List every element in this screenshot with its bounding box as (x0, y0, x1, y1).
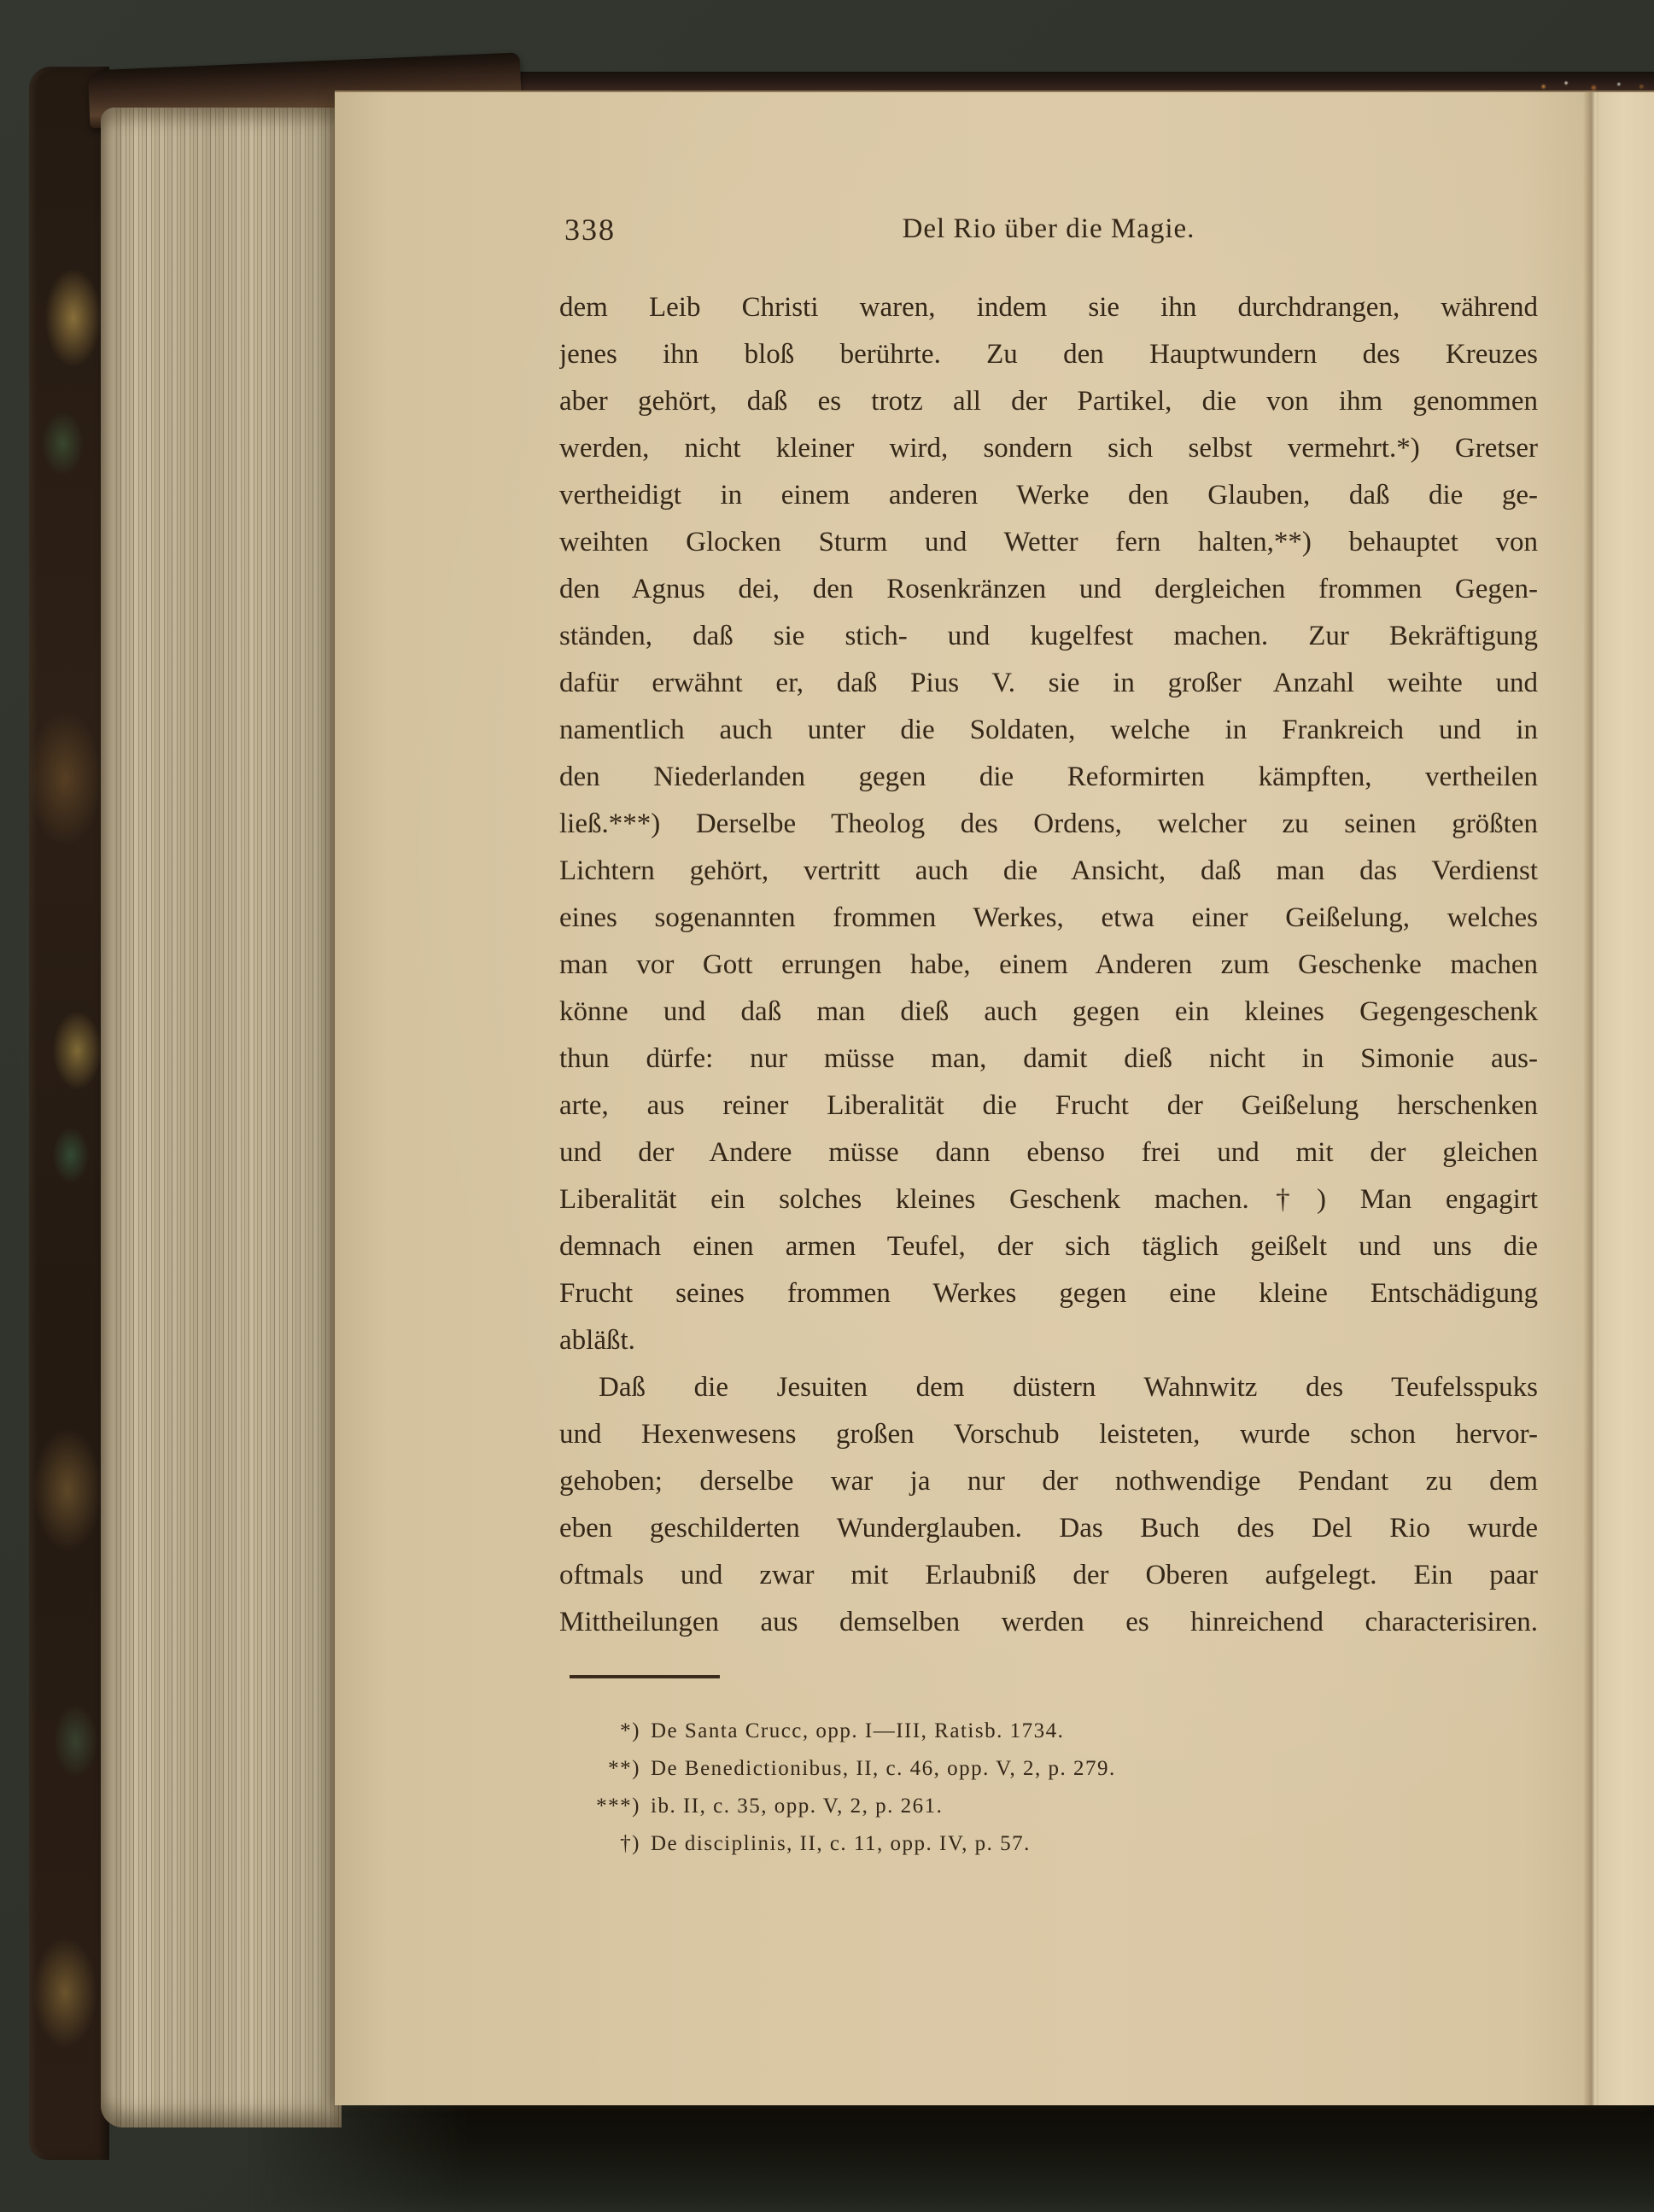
text-line: den Agnus dei, den Rosenkränzen und derg… (559, 566, 1538, 613)
footnote-text: De Benedictionibus, II, c. 46, opp. V, 2… (651, 1750, 1538, 1788)
book-cover-marbled (29, 67, 109, 2160)
text-line: ständen, daß sie stich- und kugelfest ma… (559, 613, 1538, 660)
book-page: 338 Del Rio über die Magie. dem Leib Chr… (335, 90, 1654, 2105)
text-column: dem Leib Christi waren, indem sie ihn du… (559, 92, 1538, 1646)
text-line: eines sogenannten frommen Werkes, etwa e… (559, 895, 1538, 942)
footnotes: *)De Santa Crucc, opp. I—III, Ratisb. 17… (559, 1713, 1538, 1863)
text-line: weihten Glocken Sturm und Wetter fern ha… (559, 519, 1538, 566)
paragraph: Daß die Jesuiten dem düstern Wahnwitz de… (559, 1364, 1538, 1646)
page-gutter-crease (1583, 92, 1598, 2105)
footnote: *)De Santa Crucc, opp. I—III, Ratisb. 17… (559, 1713, 1538, 1750)
paragraph: dem Leib Christi waren, indem sie ihn du… (559, 284, 1538, 1364)
text-line: den Niederlanden gegen die Reformirten k… (559, 754, 1538, 801)
text-line: namentlich auch unter die Soldaten, welc… (559, 707, 1538, 754)
text-line: und der Andere müsse dann ebenso frei un… (559, 1129, 1538, 1176)
text-line: dafür erwähnt er, daß Pius V. sie in gro… (559, 660, 1538, 707)
text-line: vertheidigt in einem anderen Werke den G… (559, 472, 1538, 519)
text-line: gehoben; derselbe war ja nur der nothwen… (559, 1458, 1538, 1505)
text-line: aber gehört, daß es trotz all der Partik… (559, 378, 1538, 425)
footnote-separator-rule (570, 1675, 720, 1678)
footnote-marker: **) (559, 1750, 640, 1788)
footnote-marker: †) (559, 1825, 640, 1863)
page-stack-fore-edge (101, 108, 342, 2127)
text-line: Frucht seines frommen Werkes gegen eine … (559, 1270, 1538, 1317)
text-line: oftmals und zwar mit Erlaubniß der Obere… (559, 1552, 1538, 1599)
text-line: könne und daß man dieß auch gegen ein kl… (559, 989, 1538, 1036)
book-drop-shadow (248, 2093, 1654, 2212)
footnote: **)De Benedictionibus, II, c. 46, opp. V… (559, 1750, 1538, 1788)
footnote: †)De disciplinis, II, c. 11, opp. IV, p.… (559, 1825, 1538, 1863)
text-line: arte, aus reiner Liberalität die Frucht … (559, 1083, 1538, 1129)
photo-backdrop: 338 Del Rio über die Magie. dem Leib Chr… (0, 0, 1654, 2212)
text-line: abläßt. (559, 1317, 1538, 1364)
text-line: man vor Gott errungen habe, einem Andere… (559, 942, 1538, 989)
footnote-marker: ***) (559, 1788, 640, 1825)
text-line: und Hexenwesens großen Vorschub leistete… (559, 1411, 1538, 1458)
page-gutter-strip (1598, 92, 1654, 2105)
text-line: demnach einen armen Teufel, der sich täg… (559, 1223, 1538, 1270)
footnote-marker: *) (559, 1713, 640, 1750)
text-line: eben geschilderten Wunderglauben. Das Bu… (559, 1505, 1538, 1552)
text-line: ließ.***) Derselbe Theolog des Ordens, w… (559, 801, 1538, 848)
text-line: werden, nicht kleiner wird, sondern sich… (559, 425, 1538, 472)
text-line: dem Leib Christi waren, indem sie ihn du… (559, 284, 1538, 331)
text-line: Daß die Jesuiten dem düstern Wahnwitz de… (559, 1364, 1538, 1411)
footnote-text: De Santa Crucc, opp. I—III, Ratisb. 1734… (651, 1713, 1538, 1750)
text-line: thun dürfe: nur müsse man, damit dieß ni… (559, 1036, 1538, 1083)
footnote: ***)ib. II, c. 35, opp. V, 2, p. 261. (559, 1788, 1538, 1825)
text-line: Lichtern gehört, vertritt auch die Ansic… (559, 848, 1538, 895)
footnote-text: ib. II, c. 35, opp. V, 2, p. 261. (651, 1788, 1538, 1825)
text-line: Mittheilungen aus demselben werden es hi… (559, 1599, 1538, 1646)
text-line: Liberalität ein solches kleines Geschenk… (559, 1176, 1538, 1223)
text-line: jenes ihn bloß berührte. Zu den Hauptwun… (559, 331, 1538, 378)
footnote-text: De disciplinis, II, c. 11, opp. IV, p. 5… (651, 1825, 1538, 1863)
